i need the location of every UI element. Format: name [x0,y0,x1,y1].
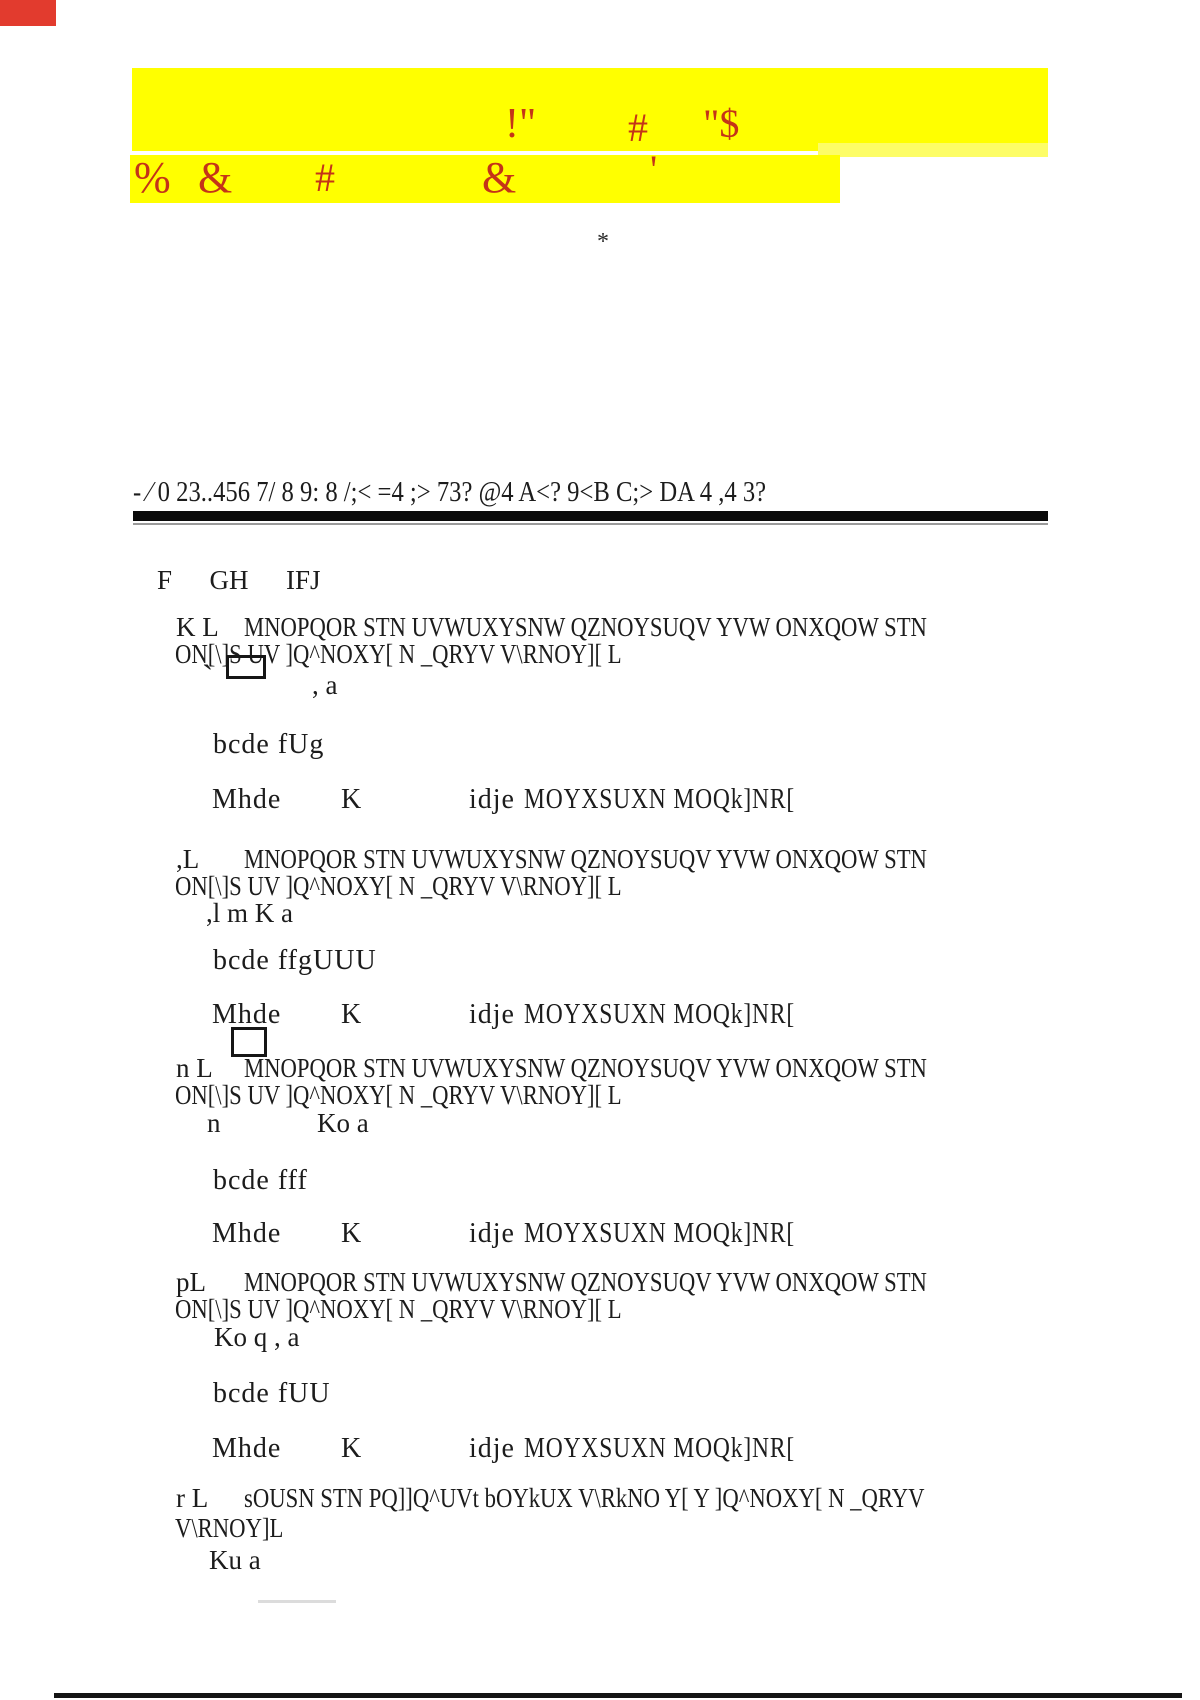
item1-result-col2: K [341,785,362,814]
item1-body1-text: MNOPQOR STN UVWUXYSNW QZNOYSUQV YVW ONXQ… [244,613,927,641]
item4-answer: bcde fUU [213,1379,331,1408]
item3-answer: bcde fff [213,1166,308,1195]
item4-body2-text: ON[\]S UV ]Q^NOXY[ N _QRYV V\RNOY][ L [175,1295,622,1323]
highlight-glyph: % [134,152,171,203]
item2-body2-text: ON[\]S UV ]Q^NOXY[ N _QRYV V\RNOY][ L [175,872,622,900]
item2-note: ,l m K a [206,899,293,927]
item3-body2-text: ON[\]S UV ]Q^NOXY[ N _QRYV V\RNOY][ L [175,1081,622,1109]
item1-result-col4-text: MOYXSUXN MOQk]NR[ [524,785,795,814]
item4-result-col1: Mhde [212,1434,281,1463]
item1-result-col3: idje [469,785,515,814]
item4-label: pL [176,1268,206,1296]
faint-underline-artifact [258,1600,336,1603]
item5-label: r L [176,1484,208,1512]
title-rule-shadow [133,523,1048,525]
item5-note: Ku a [209,1546,261,1574]
item3-result-col1: Mhde [212,1219,281,1248]
item5-body1-text: sOUSN STN PQ]]Q^UVt bOYkUX V\RkNO Y[ Y ]… [244,1484,924,1512]
item3-result-col4-text: MOYXSUXN MOQk]NR[ [524,1219,795,1248]
item2-result-col2: K [341,1000,362,1029]
item2-result-col1: Mhde [212,1000,281,1029]
item4-body-line2: ON[\]S UV ]Q^NOXY[ N _QRYV V\RNOY][ L [175,1295,707,1323]
item4-result-col4: MOYXSUXN MOQk]NR[ [524,1434,847,1463]
item2-body-line2: ON[\]S UV ]Q^NOXY[ N _QRYV V\RNOY][ L [175,872,707,900]
item1-body-line1: MNOPQOR STN UVWUXYSNW QZNOYSUQV YVW ONXQ… [244,613,1057,641]
item4-body1-text: MNOPQOR STN UVWUXYSNW QZNOYSUQV YVW ONXQ… [244,1268,927,1296]
document-title-text: - ⁄ 0 23..456 7/ 8 9: 8 /;< =4 ;> 73? @4… [133,478,766,507]
highlight-glyph: # [315,154,335,201]
section-heading: F GH IFJ [157,566,321,594]
highlight-glyph: !" [505,100,536,148]
item2-answer: bcde ffgUUU [213,946,377,975]
item1-answer: bcde fUg [213,730,324,759]
item3-note-left: n [207,1109,221,1137]
item2-body-line1: MNOPQOR STN UVWUXYSNW QZNOYSUQV YVW ONXQ… [244,845,1057,873]
red-corner-mark [0,0,56,26]
highlight-glyph: # [628,104,648,151]
item1-note: , a [312,671,337,699]
highlight-glyph: & [482,152,516,203]
item2-result-col4: MOYXSUXN MOQk]NR[ [524,1000,847,1029]
item4-result-col3: idje [469,1434,515,1463]
yellow-highlight-bar-1 [132,68,1048,151]
item4-note: Ko q , a [214,1323,299,1351]
checkbox [226,655,266,679]
item2-result-col4-text: MOYXSUXN MOQk]NR[ [524,1000,795,1029]
item2-result-col3: idje [469,1000,515,1029]
item3-body1-text: MNOPQOR STN UVWUXYSNW QZNOYSUQV YVW ONXQ… [244,1054,927,1082]
item5-body-line2: V\RNOY]L [175,1514,304,1542]
document-title-line: - ⁄ 0 23..456 7/ 8 9: 8 /;< =4 ;> 73? @4… [133,478,852,507]
item3-result-col4: MOYXSUXN MOQk]NR[ [524,1219,847,1248]
item4-result-col4-text: MOYXSUXN MOQk]NR[ [524,1434,795,1463]
item3-result-col2: K [341,1219,362,1248]
scanned-document-page: !" # "$ % & # & ' * - ⁄ 0 23..456 7/ 8 9… [0,0,1200,1700]
item3-note-right: Ko a [317,1109,369,1137]
title-rule [133,511,1048,521]
page-bottom-rule [54,1693,1182,1698]
item2-label: ,L [176,845,199,873]
item2-body1-text: MNOPQOR STN UVWUXYSNW QZNOYSUQV YVW ONXQ… [244,845,927,873]
highlight-glyph: "$ [703,100,739,147]
item4-result-col2: K [341,1434,362,1463]
yellow-highlight-bar-1-tail [818,143,1048,157]
item4-body-line1: MNOPQOR STN UVWUXYSNW QZNOYSUQV YVW ONXQ… [244,1268,1057,1296]
item1-label: K L [176,613,219,641]
asterisk-mark: * [597,230,609,255]
item3-body-line1: MNOPQOR STN UVWUXYSNW QZNOYSUQV YVW ONXQ… [244,1054,1057,1082]
item3-label: n L [176,1054,213,1082]
highlight-glyph: ' [650,146,657,193]
item5-body-line1: sOUSN STN PQ]]Q^UVt bOYkUX V\RkNO Y[ Y ]… [244,1484,1054,1512]
item3-body-line2: ON[\]S UV ]Q^NOXY[ N _QRYV V\RNOY][ L [175,1081,707,1109]
item5-body2-text: V\RNOY]L [175,1514,283,1542]
highlight-glyph: & [198,152,232,203]
item1-result-col1: Mhde [212,785,281,814]
item1-result-col4: MOYXSUXN MOQk]NR[ [524,785,847,814]
item1-note-mark: ` [202,660,213,696]
item3-result-col3: idje [469,1219,515,1248]
